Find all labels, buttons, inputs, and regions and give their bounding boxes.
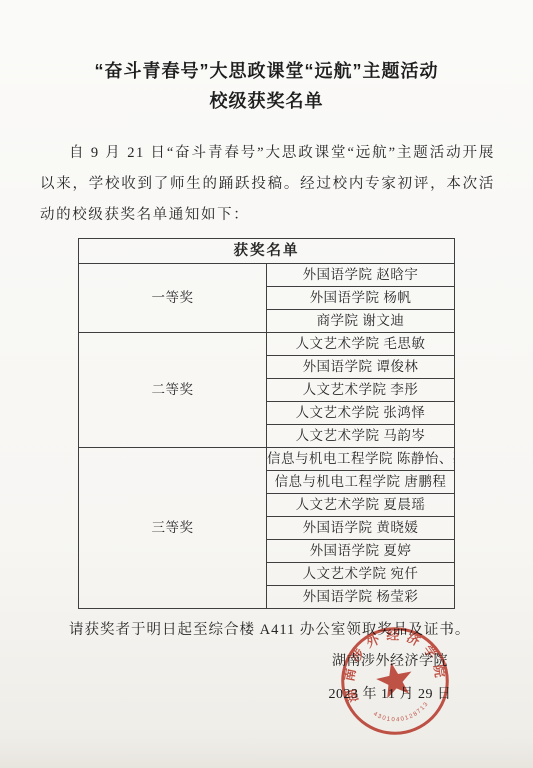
awards-table: 获奖名单 一等奖外国语学院 赵晗宇外国语学院 杨帆商学院 谢文迪二等奖人文艺术学… [78, 238, 455, 609]
intro-paragraph: 自 9 月 21 日“奋斗青春号”大思政课堂“远航”主题活动开展以来，学校收到了… [40, 138, 495, 231]
winner-entry: 外国语学院 谭俊林 [267, 356, 455, 379]
table-header-row: 获奖名单 [79, 239, 455, 264]
winner-entry: 外国语学院 杨莹彩 [267, 586, 455, 609]
award-label: 一等奖 [79, 264, 267, 333]
award-label: 二等奖 [79, 333, 267, 448]
winner-entry: 信息与机电工程学院 陈静怡、孙海蓉 [267, 448, 455, 471]
title-line-1: “奋斗青春号”大思政课堂“远航”主题活动 [0, 56, 533, 86]
signature-block: 湖南涉外经济学院 2023 年 11 月 29 日 [315, 650, 465, 703]
title-line-2: 校级获奖名单 [0, 86, 533, 116]
winner-entry: 人文艺术学院 马韵岑 [267, 425, 455, 448]
winner-entry: 外国语学院 杨帆 [267, 287, 455, 310]
table-row: 三等奖信息与机电工程学院 陈静怡、孙海蓉 [79, 448, 455, 471]
winner-entry: 人文艺术学院 李彤 [267, 379, 455, 402]
table-row: 二等奖人文艺术学院 毛思敏 [79, 333, 455, 356]
winner-entry: 外国语学院 夏婷 [267, 540, 455, 563]
winner-entry: 人文艺术学院 宛仟 [267, 563, 455, 586]
winner-entry: 人文艺术学院 毛思敏 [267, 333, 455, 356]
signature-org: 湖南涉外经济学院 [315, 650, 465, 670]
award-label: 三等奖 [79, 448, 267, 609]
table-row: 一等奖外国语学院 赵晗宇 [79, 264, 455, 287]
document-title: “奋斗青春号”大思政课堂“远航”主题活动 校级获奖名单 [0, 0, 533, 116]
winner-entry: 外国语学院 黄晓媛 [267, 517, 455, 540]
table-header-cell: 获奖名单 [79, 239, 455, 264]
winner-entry: 人文艺术学院 张鸿怿 [267, 402, 455, 425]
winner-entry: 人文艺术学院 夏晨瑶 [267, 494, 455, 517]
winner-entry: 外国语学院 赵晗宇 [267, 264, 455, 287]
document-page: “奋斗青春号”大思政课堂“远航”主题活动 校级获奖名单 自 9 月 21 日“奋… [0, 0, 533, 768]
signature-date: 2023 年 11 月 29 日 [315, 683, 465, 703]
winner-entry: 商学院 谢文迪 [267, 310, 455, 333]
awards-table-body: 一等奖外国语学院 赵晗宇外国语学院 杨帆商学院 谢文迪二等奖人文艺术学院 毛思敏… [79, 264, 455, 609]
winner-entry: 信息与机电工程学院 唐鹏程 [267, 471, 455, 494]
